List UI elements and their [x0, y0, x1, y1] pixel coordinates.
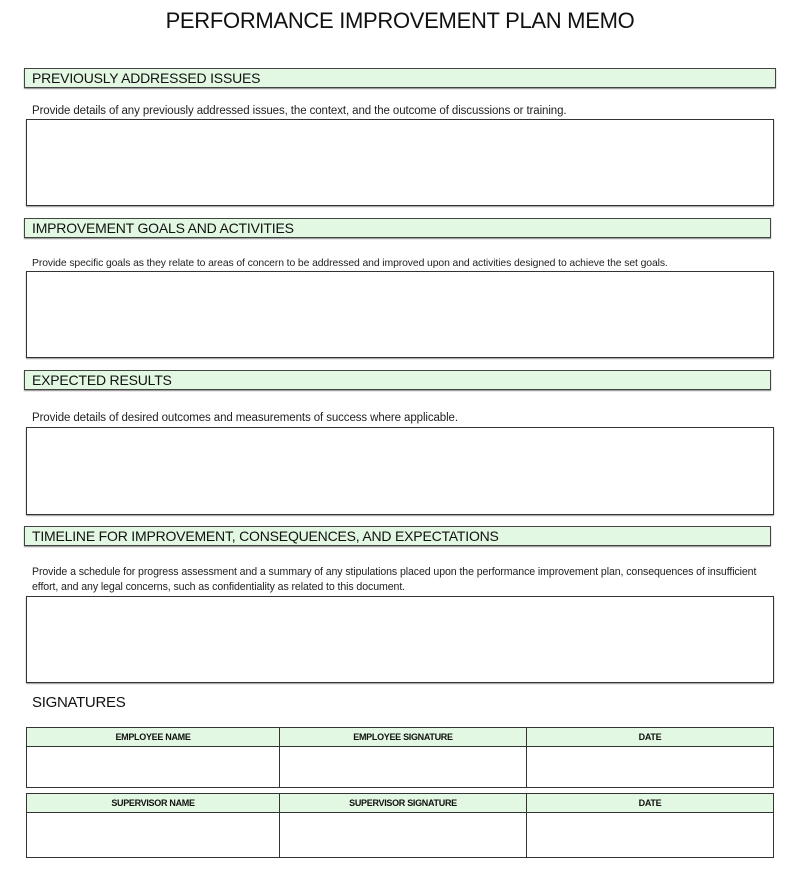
- supervisor-name-header: SUPERVISOR NAME: [27, 794, 280, 813]
- employee-name-field[interactable]: [27, 747, 280, 788]
- employee-signature-header: EMPLOYEE SIGNATURE: [280, 728, 527, 747]
- timeline-field[interactable]: [26, 596, 774, 683]
- employee-name-header: EMPLOYEE NAME: [27, 728, 280, 747]
- supervisor-date-field[interactable]: [527, 813, 774, 858]
- supervisor-date-header: DATE: [527, 794, 774, 813]
- section-heading-improvement-goals: IMPROVEMENT GOALS AND ACTIVITIES: [24, 218, 771, 238]
- expected-results-field[interactable]: [26, 427, 774, 515]
- employee-date-header: DATE: [527, 728, 774, 747]
- section-heading-timeline: TIMELINE FOR IMPROVEMENT, CONSEQUENCES, …: [24, 526, 771, 546]
- section-description-timeline: Provide a schedule for progress assessme…: [32, 565, 767, 595]
- improvement-goals-field[interactable]: [26, 271, 774, 358]
- supervisor-name-field[interactable]: [27, 813, 280, 858]
- employee-signature-field[interactable]: [280, 747, 527, 788]
- section-heading-expected-results: EXPECTED RESULTS: [24, 370, 771, 390]
- section-heading-previously-addressed-issues: PREVIOUSLY ADDRESSED ISSUES: [24, 68, 776, 88]
- document-title: PERFORMANCE IMPROVEMENT PLAN MEMO: [0, 8, 800, 34]
- previously-addressed-issues-field[interactable]: [26, 119, 774, 206]
- supervisor-signature-header: SUPERVISOR SIGNATURE: [280, 794, 527, 813]
- signatures-heading: SIGNATURES: [32, 694, 125, 711]
- section-description-previously-addressed-issues: Provide details of any previously addres…: [32, 104, 772, 119]
- supervisor-signature-table: SUPERVISOR NAME SUPERVISOR SIGNATURE DAT…: [26, 793, 774, 858]
- section-description-improvement-goals: Provide specific goals as they relate to…: [32, 256, 777, 271]
- employee-signature-table: EMPLOYEE NAME EMPLOYEE SIGNATURE DATE: [26, 727, 774, 788]
- supervisor-signature-field[interactable]: [280, 813, 527, 858]
- section-description-expected-results: Provide details of desired outcomes and …: [32, 411, 772, 426]
- employee-date-field[interactable]: [527, 747, 774, 788]
